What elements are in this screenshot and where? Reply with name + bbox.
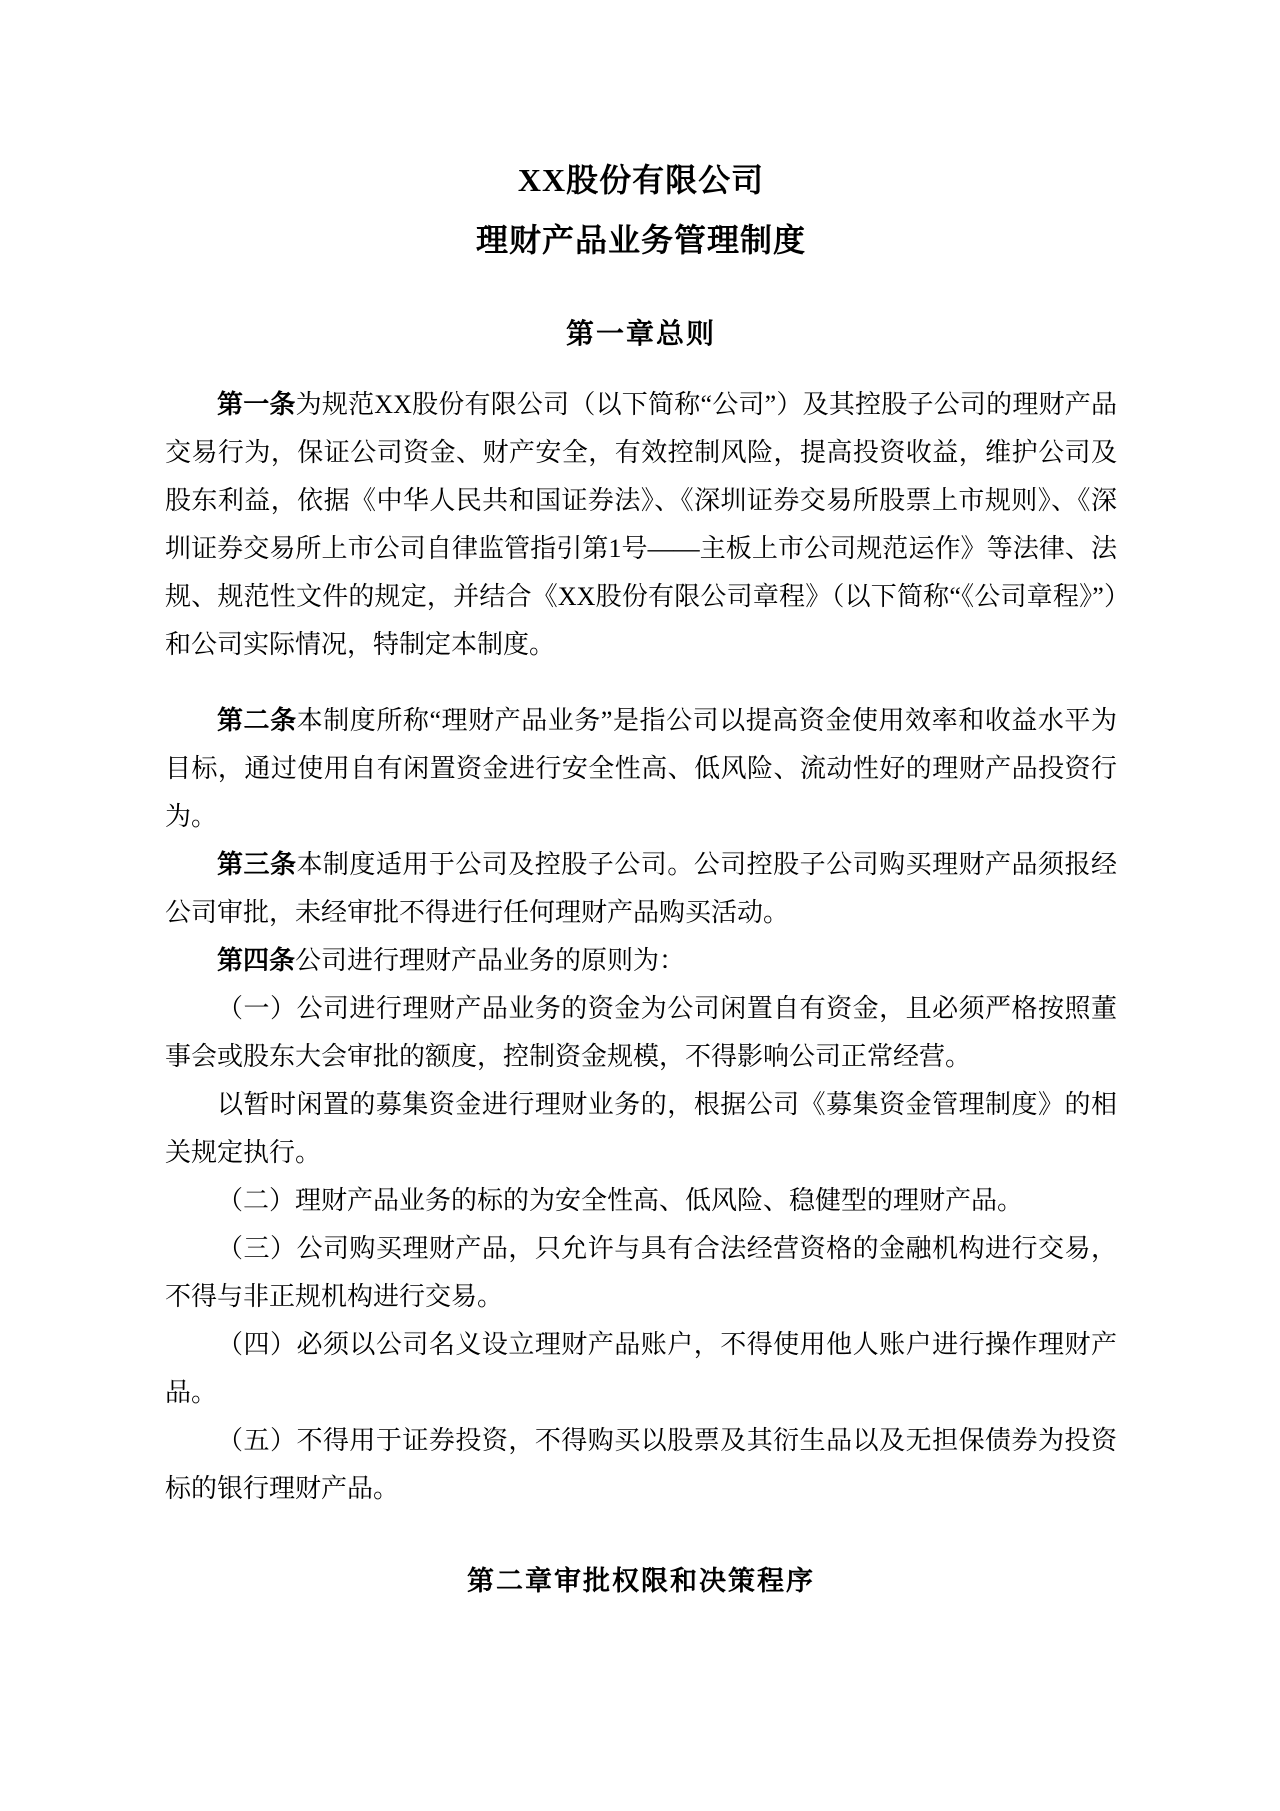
article-4-item-4-text: （四）必须以公司名义设立理财产品账户，不得使用他人账户进行操作理财产品。: [165, 1330, 1117, 1407]
article-4-item-5: （五）不得用于证券投资，不得购买以股票及其衍生品以及无担保债券为投资标的银行理财…: [165, 1417, 1117, 1513]
document-page: XX股份有限公司 理财产品业务管理制度 第一章总则 第一条为规范XX股份有限公司…: [0, 0, 1280, 1811]
article-4-item-1-text: （一）公司进行理财产品业务的资金为公司闲置自有资金，且必须严格按照董事会或股东大…: [165, 994, 1117, 1071]
article-4-item-4: （四）必须以公司名义设立理财产品账户，不得使用他人账户进行操作理财产品。: [165, 1321, 1117, 1417]
article-2-label: 第二条: [217, 706, 297, 735]
article-3-label: 第三条: [217, 850, 296, 879]
article-4-item-5-text: （五）不得用于证券投资，不得购买以股票及其衍生品以及无担保债券为投资标的银行理财…: [165, 1426, 1117, 1503]
document-subtitle: 理财产品业务管理制度: [165, 210, 1117, 270]
article-4-text: 公司进行理财产品业务的原则为：: [295, 946, 685, 975]
article-1-label: 第一条: [217, 390, 296, 419]
document-title: XX股份有限公司: [165, 150, 1117, 210]
article-4-label: 第四条: [217, 946, 295, 975]
article-4: 第四条公司进行理财产品业务的原则为：: [165, 937, 1117, 985]
article-4-item-2-text: （二）理财产品业务的标的为安全性高、低风险、稳健型的理财产品。: [217, 1186, 1023, 1215]
article-2: 第二条本制度所称“理财产品业务”是指公司以提高资金使用效率和收益水平为目标，通过…: [165, 697, 1117, 841]
article-2-text: 本制度所称“理财产品业务”是指公司以提高资金使用效率和收益水平为目标，通过使用自…: [165, 706, 1117, 831]
chapter-1-heading: 第一章总则: [165, 315, 1117, 355]
article-4-item-1-note: 以暂时闲置的募集资金进行理财业务的，根据公司《募集资金管理制度》的相关规定执行。: [165, 1081, 1117, 1177]
chapter-2-heading: 第二章审批权限和决策程序: [165, 1561, 1117, 1601]
article-1-text: 为规范XX股份有限公司（以下简称“公司”）及其控股子公司的理财产品交易行为，保证…: [165, 390, 1117, 659]
article-4-item-3-text: （三）公司购买理财产品，只允许与具有合法经营资格的金融机构进行交易，不得与非正规…: [165, 1234, 1117, 1311]
article-3: 第三条本制度适用于公司及控股子公司。公司控股子公司购买理财产品须报经公司审批，未…: [165, 841, 1117, 937]
article-3-text: 本制度适用于公司及控股子公司。公司控股子公司购买理财产品须报经公司审批，未经审批…: [165, 850, 1117, 927]
article-4-item-1-note-text: 以暂时闲置的募集资金进行理财业务的，根据公司《募集资金管理制度》的相关规定执行。: [165, 1090, 1117, 1167]
article-4-item-1: （一）公司进行理财产品业务的资金为公司闲置自有资金，且必须严格按照董事会或股东大…: [165, 985, 1117, 1081]
article-4-item-2: （二）理财产品业务的标的为安全性高、低风险、稳健型的理财产品。: [165, 1177, 1117, 1225]
article-4-item-3: （三）公司购买理财产品，只允许与具有合法经营资格的金融机构进行交易，不得与非正规…: [165, 1225, 1117, 1321]
article-1: 第一条为规范XX股份有限公司（以下简称“公司”）及其控股子公司的理财产品交易行为…: [165, 381, 1117, 669]
